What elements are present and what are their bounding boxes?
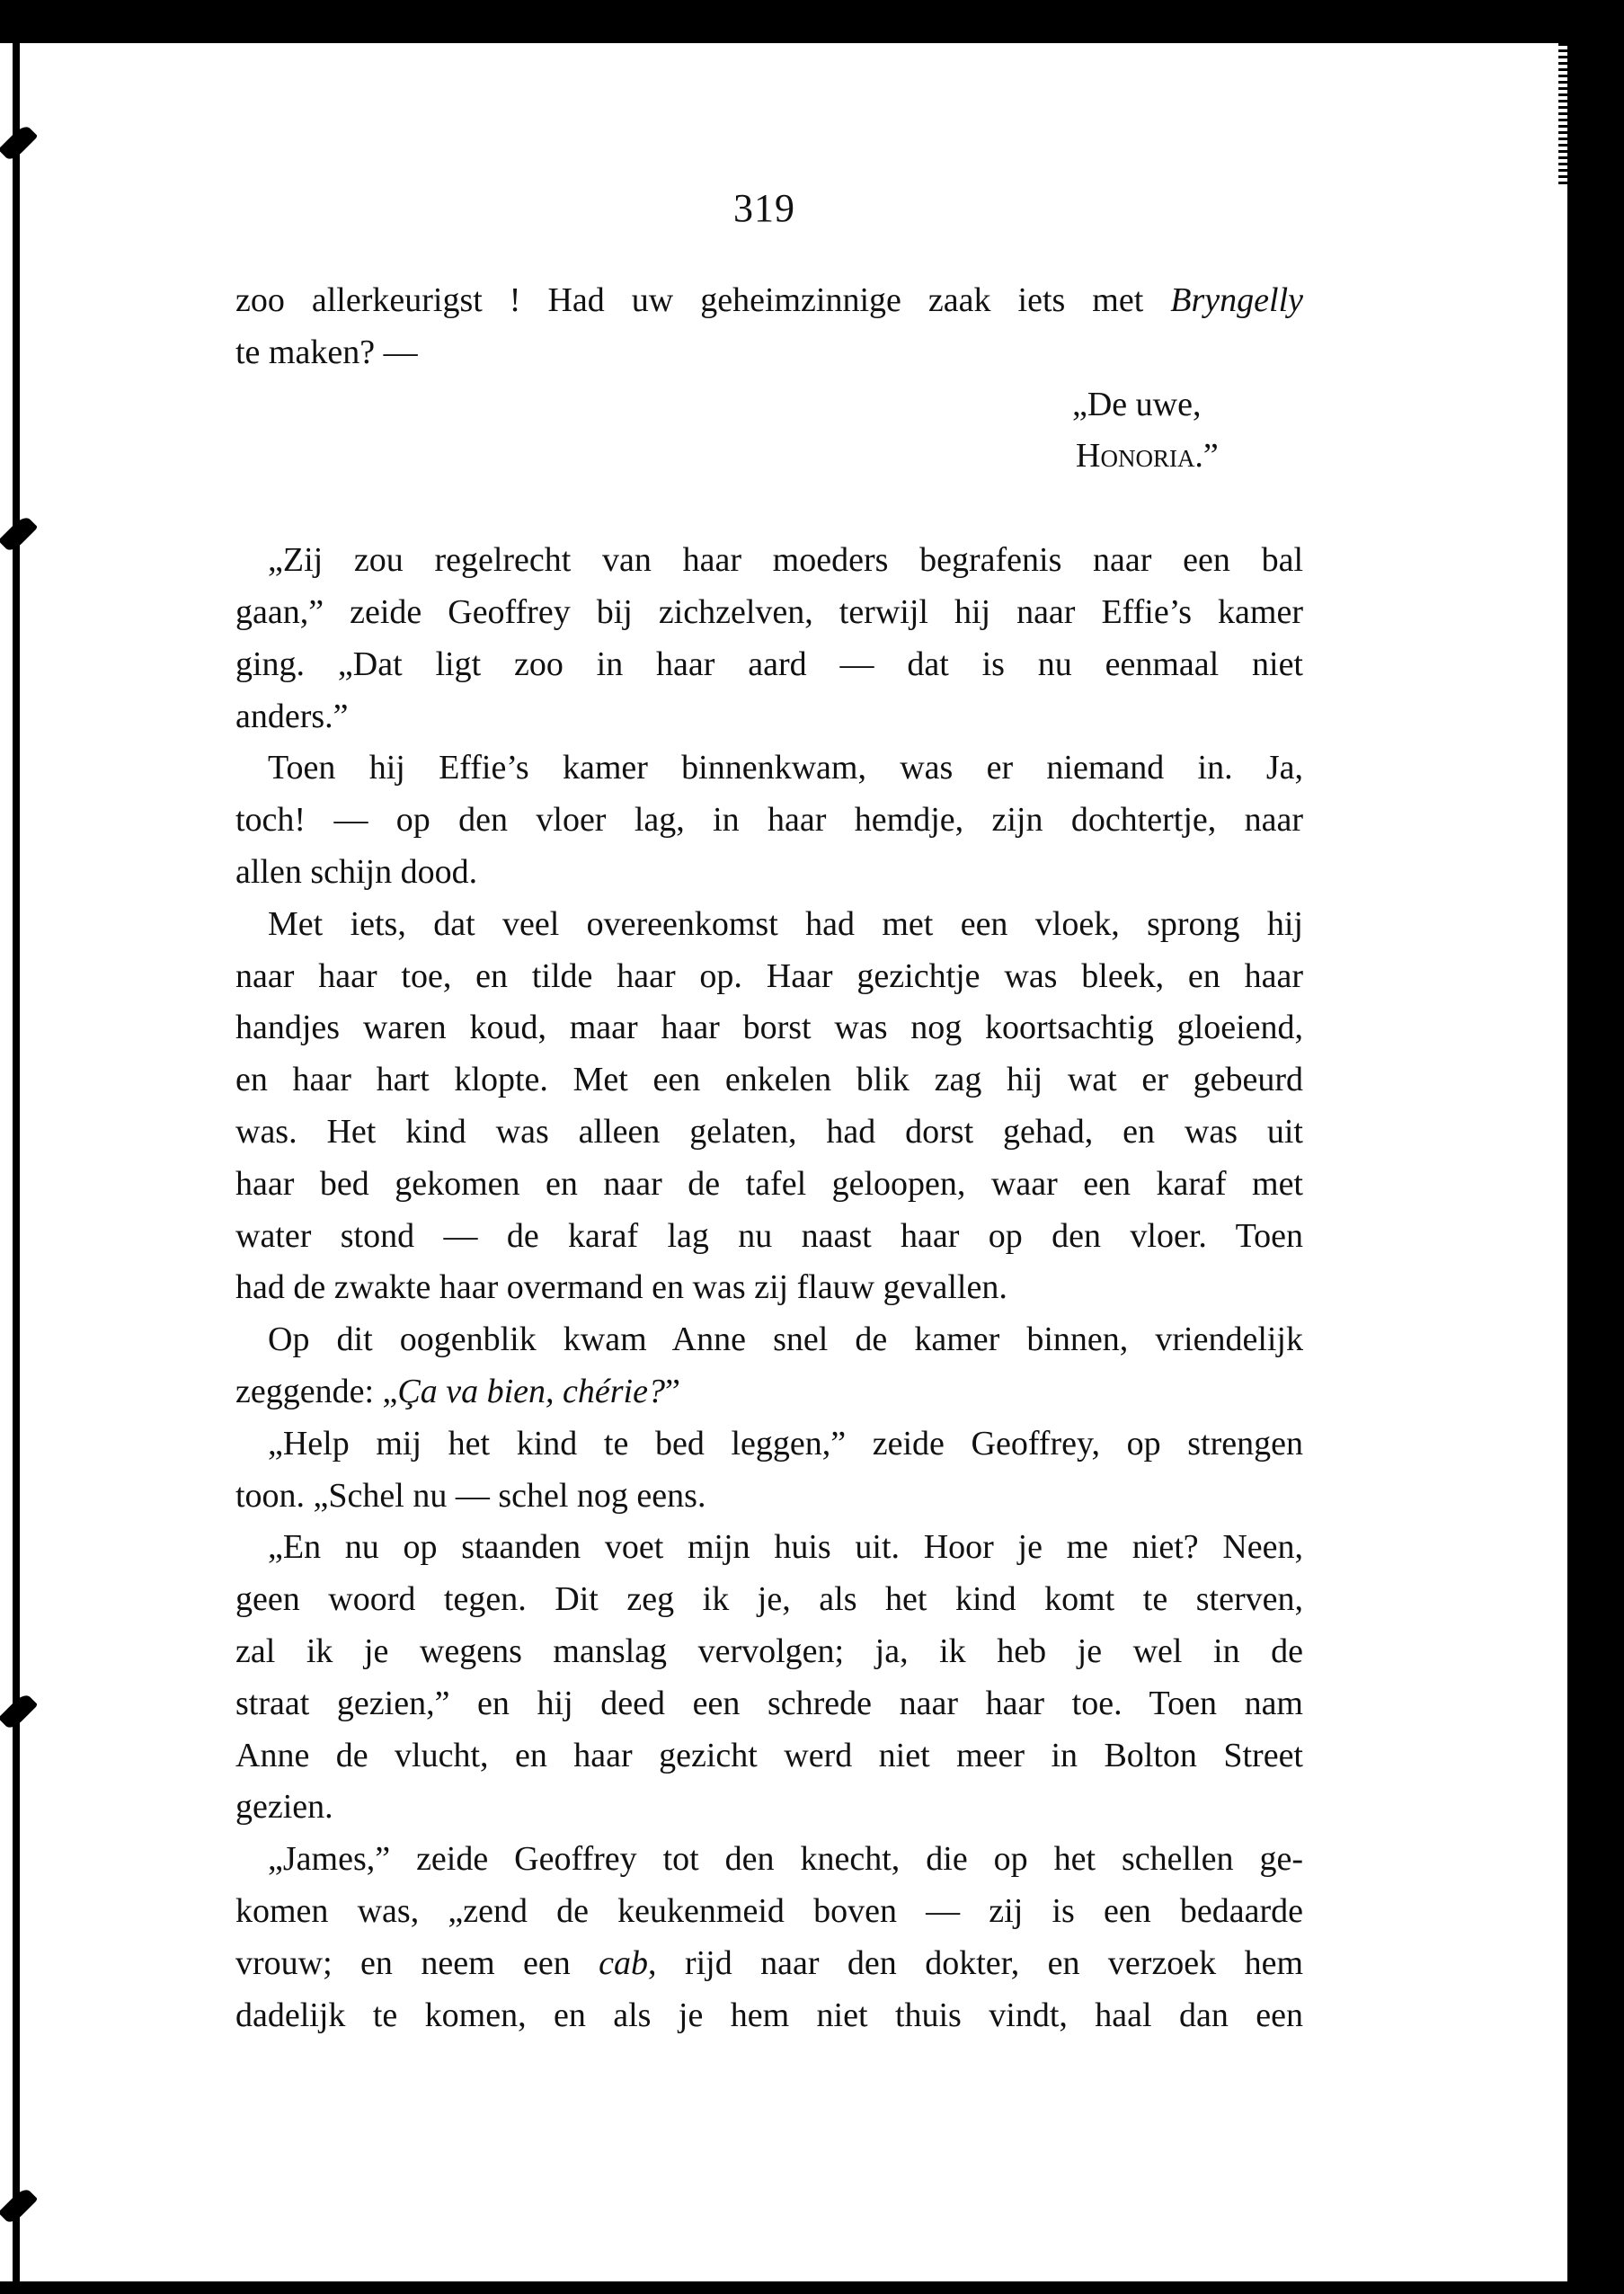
italic-french-phrase: Ça va bien, chérie? [397, 1373, 665, 1410]
paragraph-line: vrouw; en neem een cab, rijd naar den do… [235, 1938, 1303, 1990]
paragraph-line: Anne de vlucht, en haar gezicht werd nie… [235, 1730, 1303, 1783]
paragraph-line: water stond — de karaf lag nu naast haar… [235, 1211, 1303, 1263]
text-span: zoo allerkeurigst ! Had uw geheimzinnige… [235, 281, 1143, 319]
paragraph-line: gaan,” zeide Geoffrey bij zichzelven, te… [235, 587, 1303, 639]
paragraph-line: zal ik je wegens manslag vervolgen; ja, … [235, 1626, 1303, 1678]
text-span: zeggende: „ [235, 1373, 397, 1410]
italic-place-name: Bryngelly [1170, 281, 1303, 319]
page-number: 319 [733, 185, 795, 231]
paragraph-line: allen schijn dood. [235, 847, 1303, 899]
paragraph-line: handjes waren koud, maar haar borst was … [235, 1002, 1303, 1054]
letter-line: zoo allerkeurigst ! Had uw geheimzinnige… [235, 275, 1303, 327]
paragraph-line: dadelijk te komen, en als je hem niet th… [235, 1990, 1303, 2042]
paragraph-line: naar haar toe, en tilde haar op. Haar ge… [235, 951, 1303, 1003]
paragraph-line: Toen hij Effie’s kamer binnenkwam, was e… [235, 742, 1303, 795]
italic-word: cab [599, 1944, 648, 1982]
letter-signature: Honoria.” [235, 431, 1303, 483]
paragraph-line: haar bed gekomen en naar de tafel geloop… [235, 1159, 1303, 1211]
paragraph-line: geen woord tegen. Dit zeg ik je, als het… [235, 1574, 1303, 1626]
scan-border-right [1567, 0, 1624, 2294]
scan-border-left [13, 36, 20, 2294]
paragraph-line: „Help mij het kind te bed leggen,” zeide… [235, 1418, 1303, 1471]
letter-closing: „De uwe, [235, 379, 1303, 431]
text-span: ” [665, 1373, 680, 1410]
paragraph-line: toch! — op den vloer lag, in haar hemdje… [235, 795, 1303, 847]
paragraph-line: gezien. [235, 1782, 1303, 1834]
paragraph-line: Met iets, dat veel overeenkomst had met … [235, 899, 1303, 951]
text-span: , rijd naar den dokter, en verzoek hem [648, 1944, 1303, 1982]
text-span: vrouw; en neem een [235, 1944, 571, 1982]
paragraph-line: was. Het kind was alleen gelaten, had do… [235, 1107, 1303, 1159]
paragraph-line: toon. „Schel nu — schel nog eens. [235, 1471, 1303, 1523]
paragraph-line: zeggende: „Ça va bien, chérie?” [235, 1366, 1303, 1418]
letter-line: te maken? — [235, 327, 1303, 379]
paragraph-line: „James,” zeide Geoffrey tot den knecht, … [235, 1834, 1303, 1886]
page-body: zoo allerkeurigst ! Had uw geheimzinnige… [235, 275, 1303, 2041]
scan-border-ragged-edge [1558, 43, 1569, 187]
paragraph-line: komen was, „zend de keukenmeid boven — z… [235, 1886, 1303, 1938]
paragraph-line: anders.” [235, 691, 1303, 743]
spacer [235, 483, 1303, 535]
paragraph-line: had de zwakte haar overmand en was zij f… [235, 1262, 1303, 1314]
paragraph-line: en haar hart klopte. Met een enkelen bli… [235, 1054, 1303, 1107]
paragraph-line: „Zij zou regelrecht van haar moeders beg… [235, 535, 1303, 587]
paragraph-line: straat gezien,” en hij deed een schrede … [235, 1678, 1303, 1730]
paragraph-line: ging. „Dat ligt zoo in haar aard — dat i… [235, 639, 1303, 691]
scan-border-bottom [0, 2281, 1624, 2294]
paragraph-line: Op dit oogenblik kwam Anne snel de kamer… [235, 1314, 1303, 1366]
paragraph-line: „En nu op staanden voet mijn huis uit. H… [235, 1522, 1303, 1574]
scan-border-top [0, 0, 1624, 43]
